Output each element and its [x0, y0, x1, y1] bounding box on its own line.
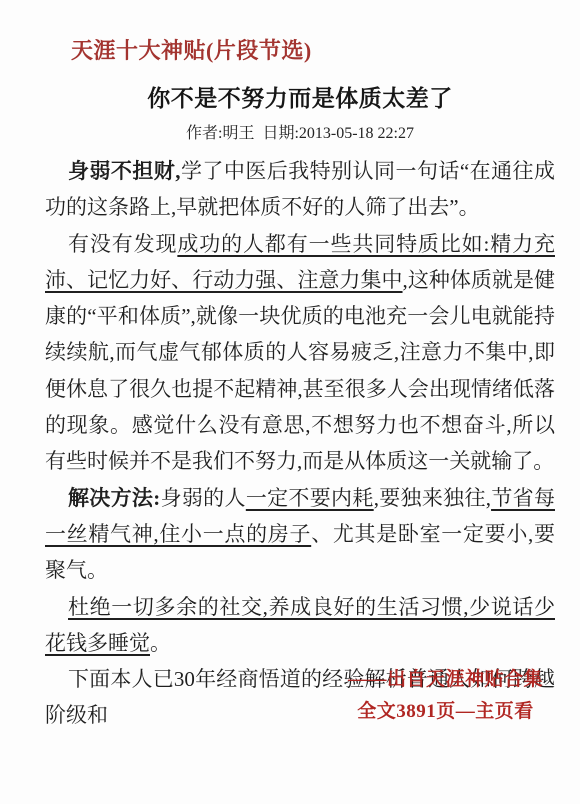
author-date-line: 作者:明王 日期:2013-05-18 22:27	[45, 120, 555, 143]
source-attribution: ——出自天涯神贴合集 全文3891页—主页看	[348, 664, 543, 728]
bold-lead: 解决方法:	[68, 486, 160, 510]
bold-lead: 身弱不担财,	[68, 159, 181, 183]
source-line: ——出自天涯神贴合集	[348, 664, 543, 696]
paragraph-2: 有没有发现成功的人都有一些共同特质比如:精力充沛、记忆力好、行动力强、注意力集中…	[45, 226, 555, 480]
article-body: 身弱不担财,学了中医后我特别认同一句话“在通往成功的这条路上,早就把体质不好的人…	[45, 153, 555, 734]
series-title: 天涯十大神贴(片段节选)	[71, 34, 312, 65]
document-page: 天涯十大神贴(片段节选) 你不是不努力而是体质太差了 作者:明王 日期:2013…	[0, 0, 580, 804]
text-segment: 。	[150, 631, 171, 655]
text-segment: ,这种体质就是健康的“平和体质”,就像一块优质的电池充一会儿电就能持续续航,而气…	[45, 268, 555, 473]
text-segment: 身弱的人	[160, 486, 246, 510]
page-count-line: 全文3891页—主页看	[348, 696, 543, 728]
text-segment: ,要独来独往,	[374, 486, 491, 510]
paragraph-4: 杜绝一切多余的社交,养成良好的生活习惯,少说话少花钱多睡觉。	[45, 589, 555, 662]
paragraph-3: 解决方法:身弱的人一定不要内耗,要独来独往,节省每一丝精气神,住小一点的房子、尤…	[45, 480, 555, 589]
underlined-phrase: 一定不要内耗	[246, 486, 374, 510]
post-title: 你不是不努力而是体质太差了	[45, 80, 555, 113]
paragraph-1: 身弱不担财,学了中医后我特别认同一句话“在通往成功的这条路上,早就把体质不好的人…	[45, 153, 555, 226]
underlined-phrase: 杜绝一切多余的社交,养成良好的生活习惯,少说话少花钱多睡觉	[45, 595, 555, 655]
text-segment: 有没有发现	[68, 232, 177, 256]
